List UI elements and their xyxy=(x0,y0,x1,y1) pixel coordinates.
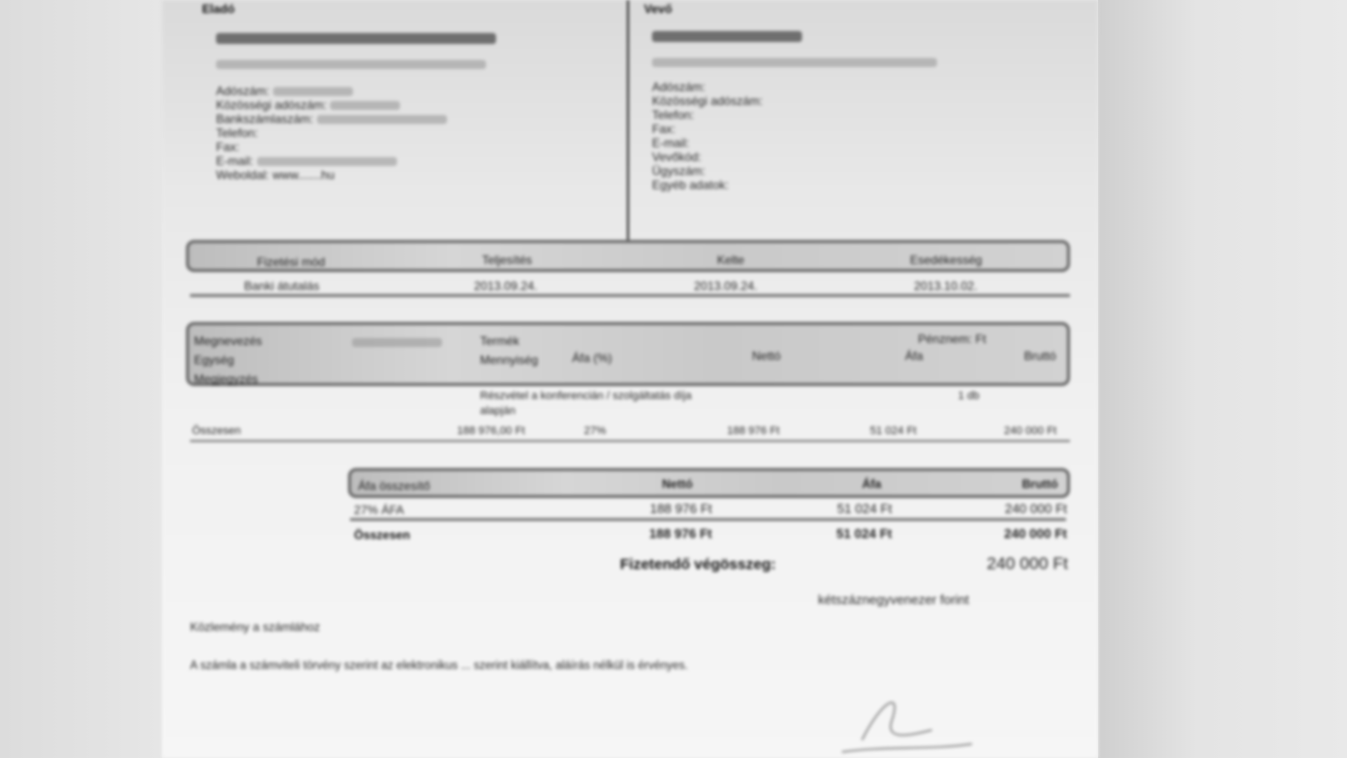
summary-total-gross: 240 000 Ft xyxy=(957,526,1067,541)
signature-scribble xyxy=(822,680,982,758)
grand-total-value: 240 000 Ft xyxy=(922,554,1068,574)
info-value: 2013.09.24. xyxy=(694,279,757,293)
divider xyxy=(350,518,1066,521)
seller-address xyxy=(216,56,496,74)
item-net: 188 976 Ft xyxy=(727,425,780,437)
buyer-heading: Vevő xyxy=(644,2,937,16)
seller-heading: Eladó xyxy=(202,2,496,16)
note-heading: Közlemény a számlához xyxy=(190,620,320,634)
grand-total-in-words: kétszáznegyvenezer forint xyxy=(818,592,969,607)
seller-block: Eladó Adószám: Közösségi adószám: Banksz… xyxy=(202,2,496,182)
summary-header: Nettó xyxy=(662,477,693,491)
item-description-2: alapján xyxy=(480,405,515,417)
items-header-col1: Megnevezés Egység Megjegyzés xyxy=(194,332,262,389)
summary-header: Bruttó xyxy=(1022,477,1058,491)
seller-line: Telefon: xyxy=(216,126,496,140)
item-description: Részvétel a konferencián / szolgáltatás … xyxy=(480,390,692,402)
summary-row-label: 27% ÁFA xyxy=(354,503,404,517)
items-header-redacted xyxy=(352,334,442,352)
seller-line: Weboldal: www.......hu xyxy=(216,168,496,182)
item-vat: 51 024 Ft xyxy=(870,425,916,437)
info-header: Fizetési mód xyxy=(257,255,325,269)
summary-table-header xyxy=(348,468,1070,498)
buyer-line: Közösségi adószám: xyxy=(652,94,937,108)
info-value: 2013.10.02. xyxy=(914,279,977,293)
buyer-line: Vevőkód: xyxy=(652,150,937,164)
grand-total-label: Fizetendő végösszeg: xyxy=(620,556,776,573)
buyer-block: Vevő Adószám: Közösségi adószám: Telefon… xyxy=(644,2,937,192)
items-header-vat: Áfa xyxy=(905,349,923,363)
seller-name xyxy=(216,30,496,48)
info-value: 2013.09.24. xyxy=(474,279,537,293)
divider xyxy=(190,294,1070,297)
buyer-line: E-mail: xyxy=(652,136,937,150)
summary-gross: 240 000 Ft xyxy=(957,501,1067,516)
summary-total-vat: 51 024 Ft xyxy=(782,526,892,541)
summary-vat: 51 024 Ft xyxy=(782,501,892,516)
summary-header: Áfa xyxy=(862,477,881,491)
background-left xyxy=(0,0,162,758)
item-row-label: Összesen xyxy=(192,425,241,437)
items-header-product: Termék Mennyiség xyxy=(480,332,538,370)
items-header-gross: Bruttó xyxy=(1024,349,1056,363)
note-text: A számla a számviteli törvény szerint az… xyxy=(190,660,688,672)
column-divider xyxy=(627,0,629,240)
seller-line: Közösségi adószám: xyxy=(216,98,496,112)
items-header-vat-rate: Áfa (%) xyxy=(572,351,612,365)
summary-total-net: 188 976 Ft xyxy=(602,526,712,541)
summary-header: Áfa összesítő xyxy=(358,479,430,493)
items-header-currency: Pénznem: Ft xyxy=(918,332,986,346)
info-header: Kelte xyxy=(717,253,744,267)
buyer-line: Adószám: xyxy=(652,80,937,94)
buyer-line: Egyéb adatok: xyxy=(652,178,937,192)
item-quantity: 1 db xyxy=(958,390,979,402)
info-header: Esedékesség xyxy=(910,253,982,267)
item-vat-rate: 27% xyxy=(584,425,606,437)
items-header-net: Nettó xyxy=(752,349,781,363)
item-gross: 240 000 Ft xyxy=(1004,425,1057,437)
info-header: Teljesítés xyxy=(482,253,532,267)
buyer-line: Ügyszám: xyxy=(652,164,937,178)
summary-net: 188 976 Ft xyxy=(602,501,712,516)
background-right xyxy=(1098,0,1347,758)
divider xyxy=(190,440,1070,442)
buyer-name xyxy=(652,28,937,46)
invoice-document: Eladó Adószám: Közösségi adószám: Banksz… xyxy=(162,0,1098,758)
seller-line: E-mail: xyxy=(216,154,496,168)
seller-line: Adószám: xyxy=(216,84,496,98)
buyer-line: Fax: xyxy=(652,122,937,136)
info-value: Banki átutalás xyxy=(244,279,319,293)
item-unit-price: 188 976,00 Ft xyxy=(457,425,525,437)
seller-line: Bankszámlaszám: xyxy=(216,112,496,126)
summary-total-label: Összesen xyxy=(354,528,410,542)
seller-line: Fax: xyxy=(216,140,496,154)
buyer-line: Telefon: xyxy=(652,108,937,122)
buyer-address xyxy=(652,54,937,72)
